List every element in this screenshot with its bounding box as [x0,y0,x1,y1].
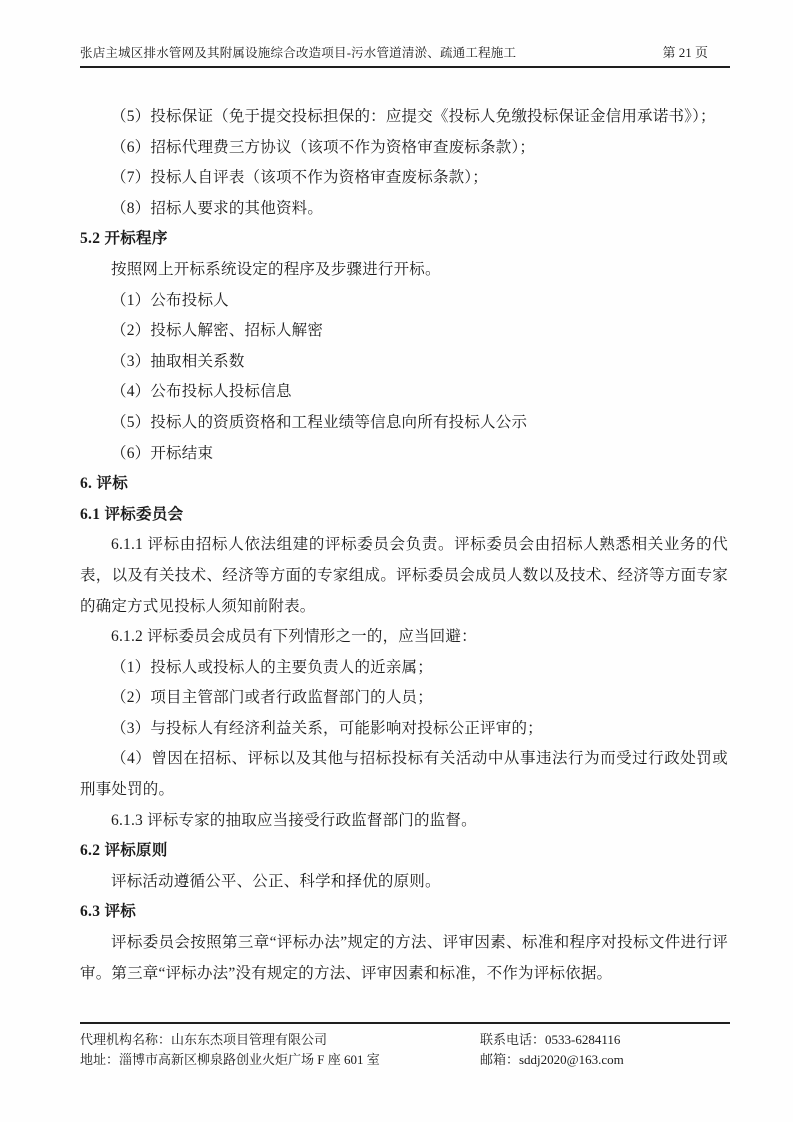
paragraph: （2）项目主管部门或者行政监督部门的人员； [80,683,728,714]
paragraph: （6）招标代理费三方协议（该项不作为资格审查废标条款）； [80,133,728,164]
paragraph: （2）投标人解密、招标人解密 [80,316,728,347]
document-body: （5）投标保证（免于提交投标担保的：应提交《投标人免缴投标保证金信用承诺书》）；… [80,102,728,989]
document-page: 张店主城区排水管网及其附属设施综合改造项目-污水管道清淤、疏通工程施工 第 21… [0,0,793,1122]
footer-row-1: 代理机构名称：山东东杰项目管理有限公司 联系电话：0533-6284116 [80,1030,730,1050]
paragraph: （5）投标保证（免于提交投标担保的：应提交《投标人免缴投标保证金信用承诺书》）； [80,102,728,133]
paragraph: （3）与投标人有经济利益关系，可能影响对投标公正评审的； [80,714,728,745]
paragraph: 按照网上开标系统设定的程序及步骤进行开标。 [80,255,728,286]
paragraph: （4）曾因在招标、评标以及其他与招标投标有关活动中从事违法行为而受过行政处罚或刑… [80,744,728,805]
agency-name: 代理机构名称：山东东杰项目管理有限公司 [80,1030,480,1050]
contact-phone: 联系电话：0533-6284116 [480,1030,730,1050]
paragraph: 6.1.2 评标委员会成员有下列情形之一的，应当回避： [80,622,728,653]
header-title: 张店主城区排水管网及其附属设施综合改造项目-污水管道清淤、疏通工程施工 [80,43,516,61]
paragraph: 6.1.3 评标专家的抽取应当接受行政监督部门的监督。 [80,806,728,837]
paragraph: 评标委员会按照第三章“评标办法”规定的方法、评审因素、标准和程序对投标文件进行评… [80,928,728,989]
paragraph: （8）招标人要求的其他资料。 [80,194,728,225]
section-heading: 6. 评标 [80,469,728,500]
page-number: 第 21 页 [662,42,730,61]
page-footer: 代理机构名称：山东东杰项目管理有限公司 联系电话：0533-6284116 地址… [80,1022,730,1069]
section-heading: 6.3 评标 [80,897,728,928]
paragraph: （1）公布投标人 [80,286,728,317]
paragraph: （3）抽取相关系数 [80,347,728,378]
paragraph: （6）开标结束 [80,439,728,470]
paragraph: （7）投标人自评表（该项不作为资格审查废标条款）； [80,163,728,194]
section-heading: 6.1 评标委员会 [80,500,728,531]
contact-email: 邮箱：sddj2020@163.com [480,1050,730,1070]
paragraph: 6.1.1 评标由招标人依法组建的评标委员会负责。评标委员会由招标人熟悉相关业务… [80,530,728,622]
paragraph: 评标活动遵循公平、公正、科学和择优的原则。 [80,867,728,898]
agency-address: 地址：淄博市高新区柳泉路创业火炬广场 F 座 601 室 [80,1050,480,1070]
section-heading: 6.2 评标原则 [80,836,728,867]
paragraph: （1）投标人或投标人的主要负责人的近亲属； [80,653,728,684]
page-header: 张店主城区排水管网及其附属设施综合改造项目-污水管道清淤、疏通工程施工 第 21… [80,42,730,68]
footer-row-2: 地址：淄博市高新区柳泉路创业火炬广场 F 座 601 室 邮箱：sddj2020… [80,1050,730,1070]
paragraph: （4）公布投标人投标信息 [80,377,728,408]
paragraph: （5）投标人的资质资格和工程业绩等信息向所有投标人公示 [80,408,728,439]
section-heading: 5.2 开标程序 [80,224,728,255]
